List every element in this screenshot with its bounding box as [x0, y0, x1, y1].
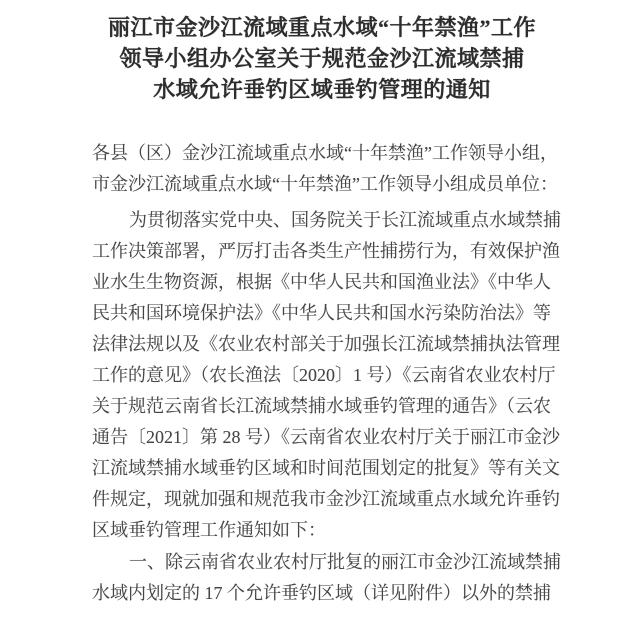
- paragraph-line: 江流域禁捕水域垂钓区域和时间范围划定的批复》等有关文: [92, 453, 552, 484]
- document-body: 各县（区）金沙江流域重点水域“十年禁渔”工作领导小组， 市金沙江流域重点水域“十…: [92, 138, 552, 609]
- salutation: 各县（区）金沙江流域重点水域“十年禁渔”工作领导小组， 市金沙江流域重点水域“十…: [92, 138, 552, 200]
- paragraph-line: 业水生生物资源，根据《中华人民共和国渔业法》《中华人: [92, 267, 552, 298]
- title-line-2: 领导小组办公室关于规范金沙江流域禁捕: [92, 43, 552, 74]
- paragraph-line: 关于规范云南省长江流域禁捕水域垂钓管理的通告》（云农: [92, 391, 552, 422]
- salutation-line-1: 各县（区）金沙江流域重点水域“十年禁渔”工作领导小组，: [92, 138, 552, 169]
- title-line-1: 丽江市金沙江流域重点水域“十年禁渔”工作: [92, 12, 552, 43]
- paragraph-line: 件规定，现就加强和规范我市金沙江流域重点水域允许垂钓: [92, 484, 552, 515]
- paragraph-line: 为贯彻落实党中央、国务院关于长江流域重点水域禁捕: [92, 205, 552, 236]
- paragraph-line: 一、除云南省农业农村厅批复的丽江市金沙江流域禁捕: [92, 547, 552, 578]
- scanned-notice-page: 丽江市金沙江流域重点水域“十年禁渔”工作 领导小组办公室关于规范金沙江流域禁捕 …: [0, 0, 640, 622]
- paragraph-line: 通告〔2021〕第 28 号）《云南省农业农村厅关于丽江市金沙: [92, 422, 552, 453]
- paragraph-item-one: 一、除云南省农业农村厅批复的丽江市金沙江流域禁捕 水域内划定的 17 个允许垂钓…: [92, 547, 552, 609]
- paragraph-line: 水域内划定的 17 个允许垂钓区域（详见附件）以外的禁捕: [92, 578, 552, 609]
- paragraph-line: 法律法规以及《农业农村部关于加强长江流域禁捕执法管理: [92, 329, 552, 360]
- paragraph-line: 工作决策部署，严厉打击各类生产性捕捞行为，有效保护渔: [92, 236, 552, 267]
- paragraph-line: 民共和国环境保护法》《中华人民共和国水污染防治法》等: [92, 298, 552, 329]
- salutation-line-2: 市金沙江流域重点水域“十年禁渔”工作领导小组成员单位：: [92, 169, 552, 200]
- paragraph-line: 区域垂钓管理工作通知如下：: [92, 515, 552, 546]
- document-title: 丽江市金沙江流域重点水域“十年禁渔”工作 领导小组办公室关于规范金沙江流域禁捕 …: [92, 12, 552, 105]
- paragraph-basis: 为贯彻落实党中央、国务院关于长江流域重点水域禁捕 工作决策部署，严厉打击各类生产…: [92, 205, 552, 546]
- paragraph-line: 工作的意见》（农长渔法〔2020〕1 号）《云南省农业农村厅: [92, 360, 552, 391]
- title-line-3: 水域允许垂钓区域垂钓管理的通知: [92, 74, 552, 105]
- document: 丽江市金沙江流域重点水域“十年禁渔”工作 领导小组办公室关于规范金沙江流域禁捕 …: [0, 0, 640, 609]
